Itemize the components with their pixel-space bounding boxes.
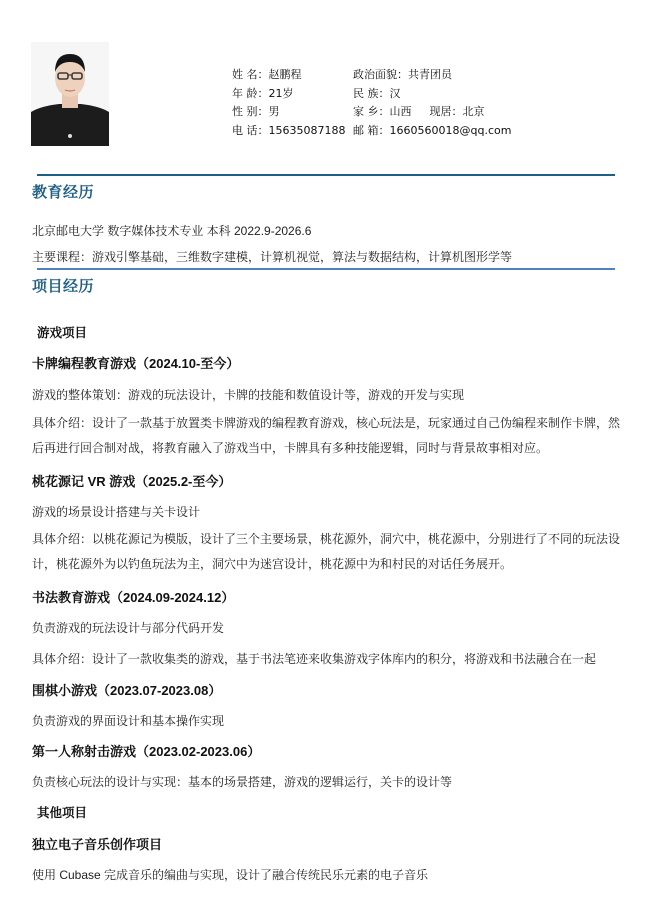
project-title: 围棋小游戏（2023.07-2023.08） bbox=[32, 680, 221, 699]
info-row: 年 龄：21岁 民 族：汉 bbox=[232, 85, 511, 104]
phone-field: 电 话：15635087188 bbox=[232, 122, 353, 141]
hometown-field: 家 乡：山西 bbox=[353, 103, 412, 122]
project-summary: 负责游戏的玩法设计与部分代码开发 bbox=[32, 619, 224, 636]
project-title: 卡牌编程教育游戏（2024.10-至今） bbox=[32, 353, 239, 372]
name-field: 姓 名：赵鹏程 bbox=[232, 66, 353, 85]
project-summary: 负责游戏的界面设计和基本操作实现 bbox=[32, 712, 224, 729]
ethnicity-field: 民 族：汉 bbox=[353, 85, 401, 104]
project-summary: 使用 Cubase 完成音乐的编曲与实现，设计了融合传统民乐元素的电子音乐 bbox=[32, 866, 428, 883]
personal-info: 姓 名：赵鹏程 政治面貌：共青团员 年 龄：21岁 民 族：汉 性 别：男 家 … bbox=[232, 66, 511, 140]
age-field: 年 龄：21岁 bbox=[232, 85, 353, 104]
other-projects-heading: 其他项目 bbox=[37, 803, 87, 821]
education-courses: 主要课程：游戏引擎基础，三维数字建模，计算机视觉，算法与数据结构，计算机图形学等 bbox=[32, 248, 512, 265]
info-row: 性 别：男 家 乡：山西 现居：北京 bbox=[232, 103, 511, 122]
projects-title: 项目经历 bbox=[32, 275, 94, 296]
project-title: 桃花源记 VR 游戏（2025.2-至今） bbox=[32, 471, 231, 490]
section-divider bbox=[37, 268, 615, 270]
info-row: 电 话：15635087188 邮 箱：1660560018@qq.com bbox=[232, 122, 511, 141]
education-title: 教育经历 bbox=[32, 181, 94, 202]
project-title: 书法教育游戏（2024.09-2024.12） bbox=[32, 587, 234, 606]
gender-field: 性 别：男 bbox=[232, 103, 353, 122]
project-detail: 具体介绍：设计了一款收集类的游戏，基于书法笔迹来收集游戏字体库内的积分，将游戏和… bbox=[32, 650, 596, 667]
project-detail: 具体介绍：设计了一款基于放置类卡牌游戏的编程教育游戏，核心玩法是，玩家通过自己伪… bbox=[32, 411, 624, 461]
residence-field: 现居：北京 bbox=[430, 103, 485, 122]
game-projects-heading: 游戏项目 bbox=[37, 323, 87, 341]
email-field: 邮 箱：1660560018@qq.com bbox=[353, 122, 511, 141]
project-title: 第一人称射击游戏（2023.02-2023.06） bbox=[32, 741, 260, 760]
section-divider bbox=[37, 174, 615, 176]
project-summary: 游戏的场景设计搭建与关卡设计 bbox=[32, 503, 200, 520]
person-portrait-icon bbox=[31, 42, 109, 146]
education-degree: 北京邮电大学 数字媒体技术专业 本科 2022.9-2026.6 bbox=[32, 222, 311, 239]
profile-photo bbox=[31, 42, 109, 146]
info-row: 姓 名：赵鹏程 政治面貌：共青团员 bbox=[232, 66, 511, 85]
project-detail: 具体介绍：以桃花源记为模版，设计了三个主要场景，桃花源外，洞穴中，桃花源中，分别… bbox=[32, 527, 624, 577]
project-summary: 负责核心玩法的设计与实现：基本的场景搭建，游戏的逻辑运行，关卡的设计等 bbox=[32, 773, 452, 790]
political-status-field: 政治面貌：共青团员 bbox=[353, 66, 452, 85]
project-title: 独立电子音乐创作项目 bbox=[32, 834, 162, 853]
project-summary: 游戏的整体策划：游戏的玩法设计，卡牌的技能和数值设计等，游戏的开发与实现 bbox=[32, 386, 464, 403]
